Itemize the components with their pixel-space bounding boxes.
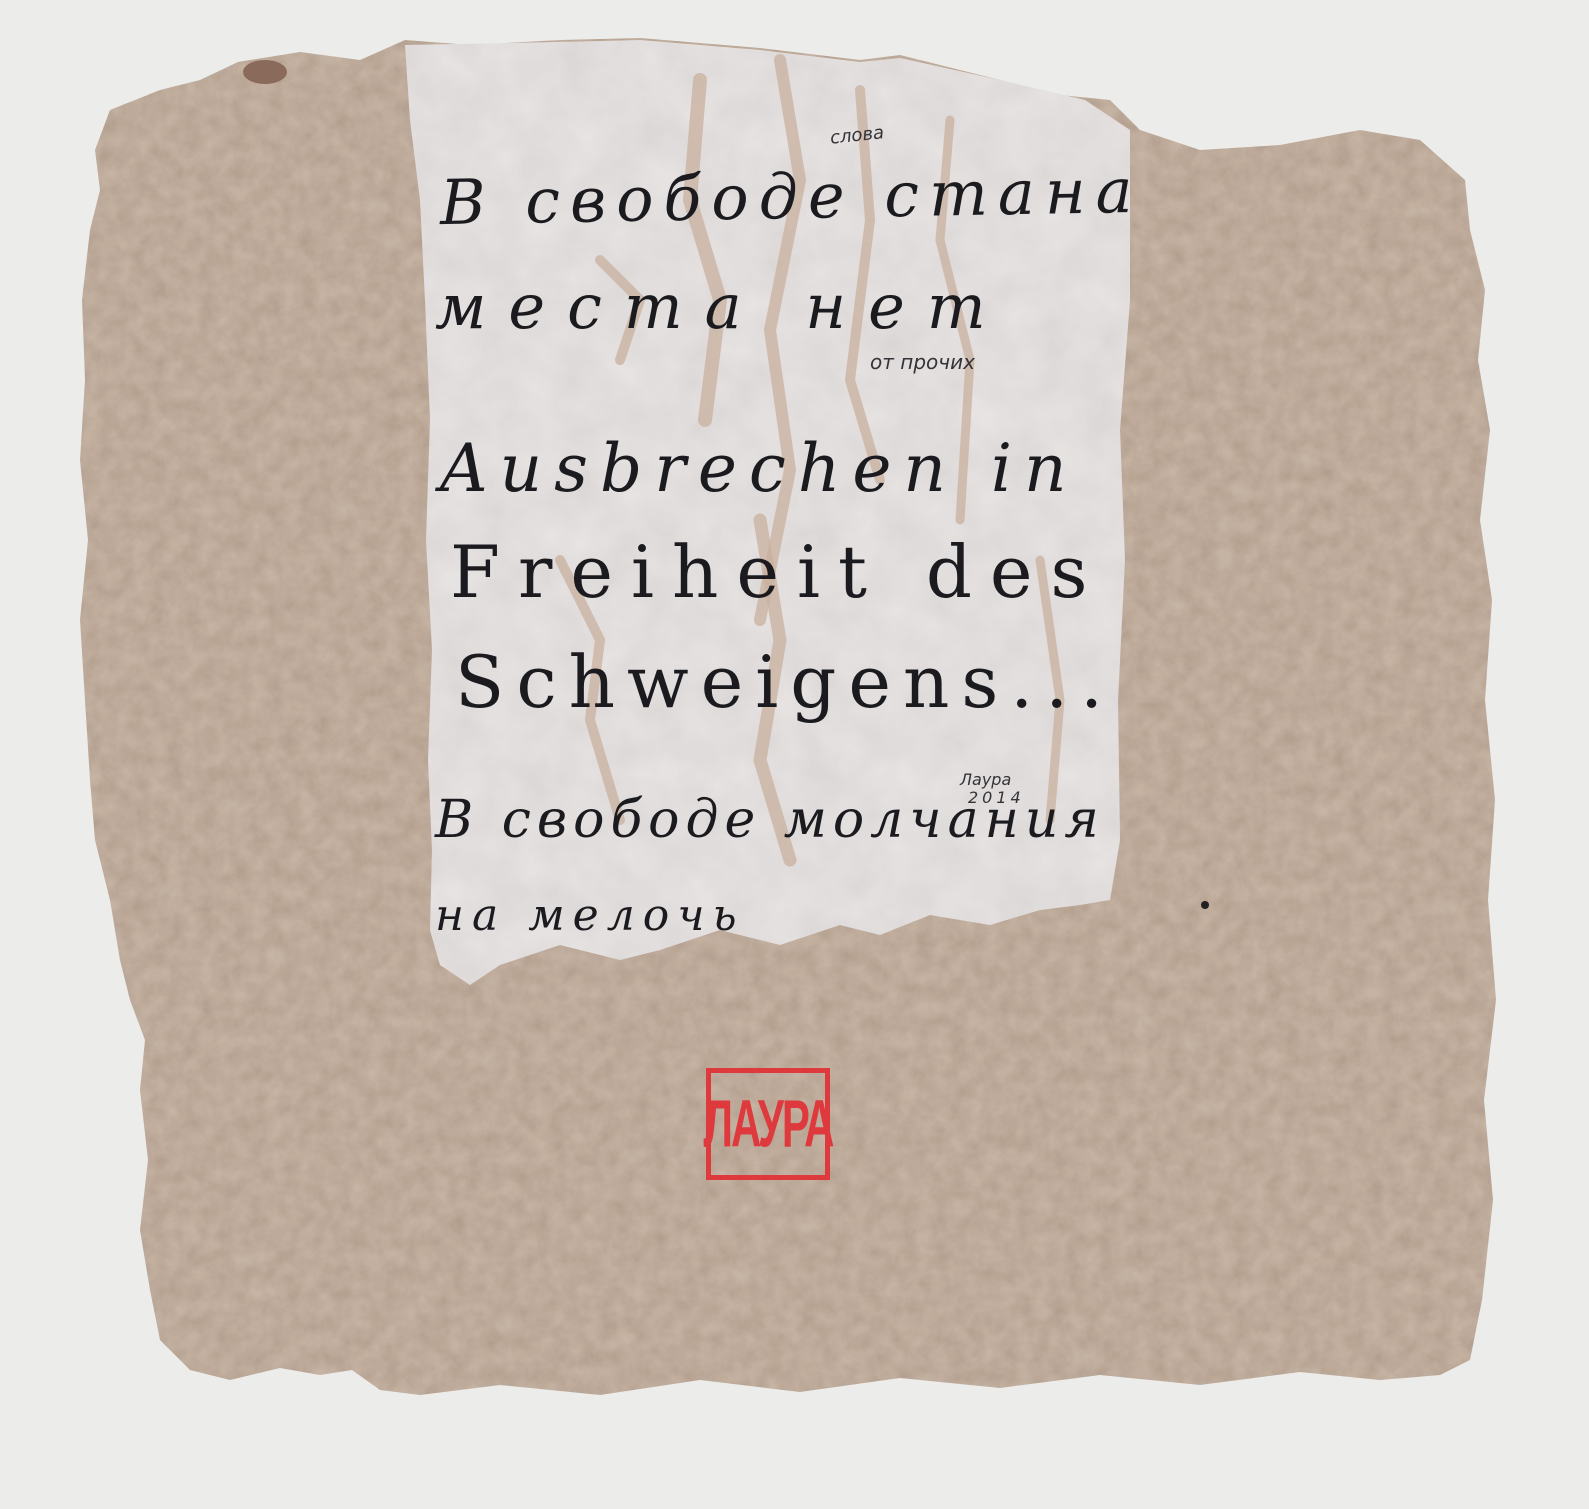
seal-text: ЛАУРА xyxy=(704,1086,833,1163)
calligraphy-line-7: на мелочь xyxy=(435,890,745,941)
ink-dot xyxy=(1201,901,1209,909)
note-middle-right: от прочих xyxy=(870,350,975,374)
calligraphy-line-3: Ausbrechen in xyxy=(440,430,1079,507)
signature-year: 2014 xyxy=(968,788,1025,807)
calligraphy-line-1: В свободе стана xyxy=(439,154,1143,239)
calligraphy-line-4: Freiheit des xyxy=(450,530,1106,614)
calligraphy-line-2: места нет xyxy=(435,270,1008,343)
calligraphy-line-5: Schweigens... xyxy=(455,640,1115,724)
artist-seal: ЛАУРА xyxy=(706,1068,830,1180)
paper-fleck xyxy=(243,60,287,84)
signature-name: Лаура xyxy=(960,770,1011,789)
